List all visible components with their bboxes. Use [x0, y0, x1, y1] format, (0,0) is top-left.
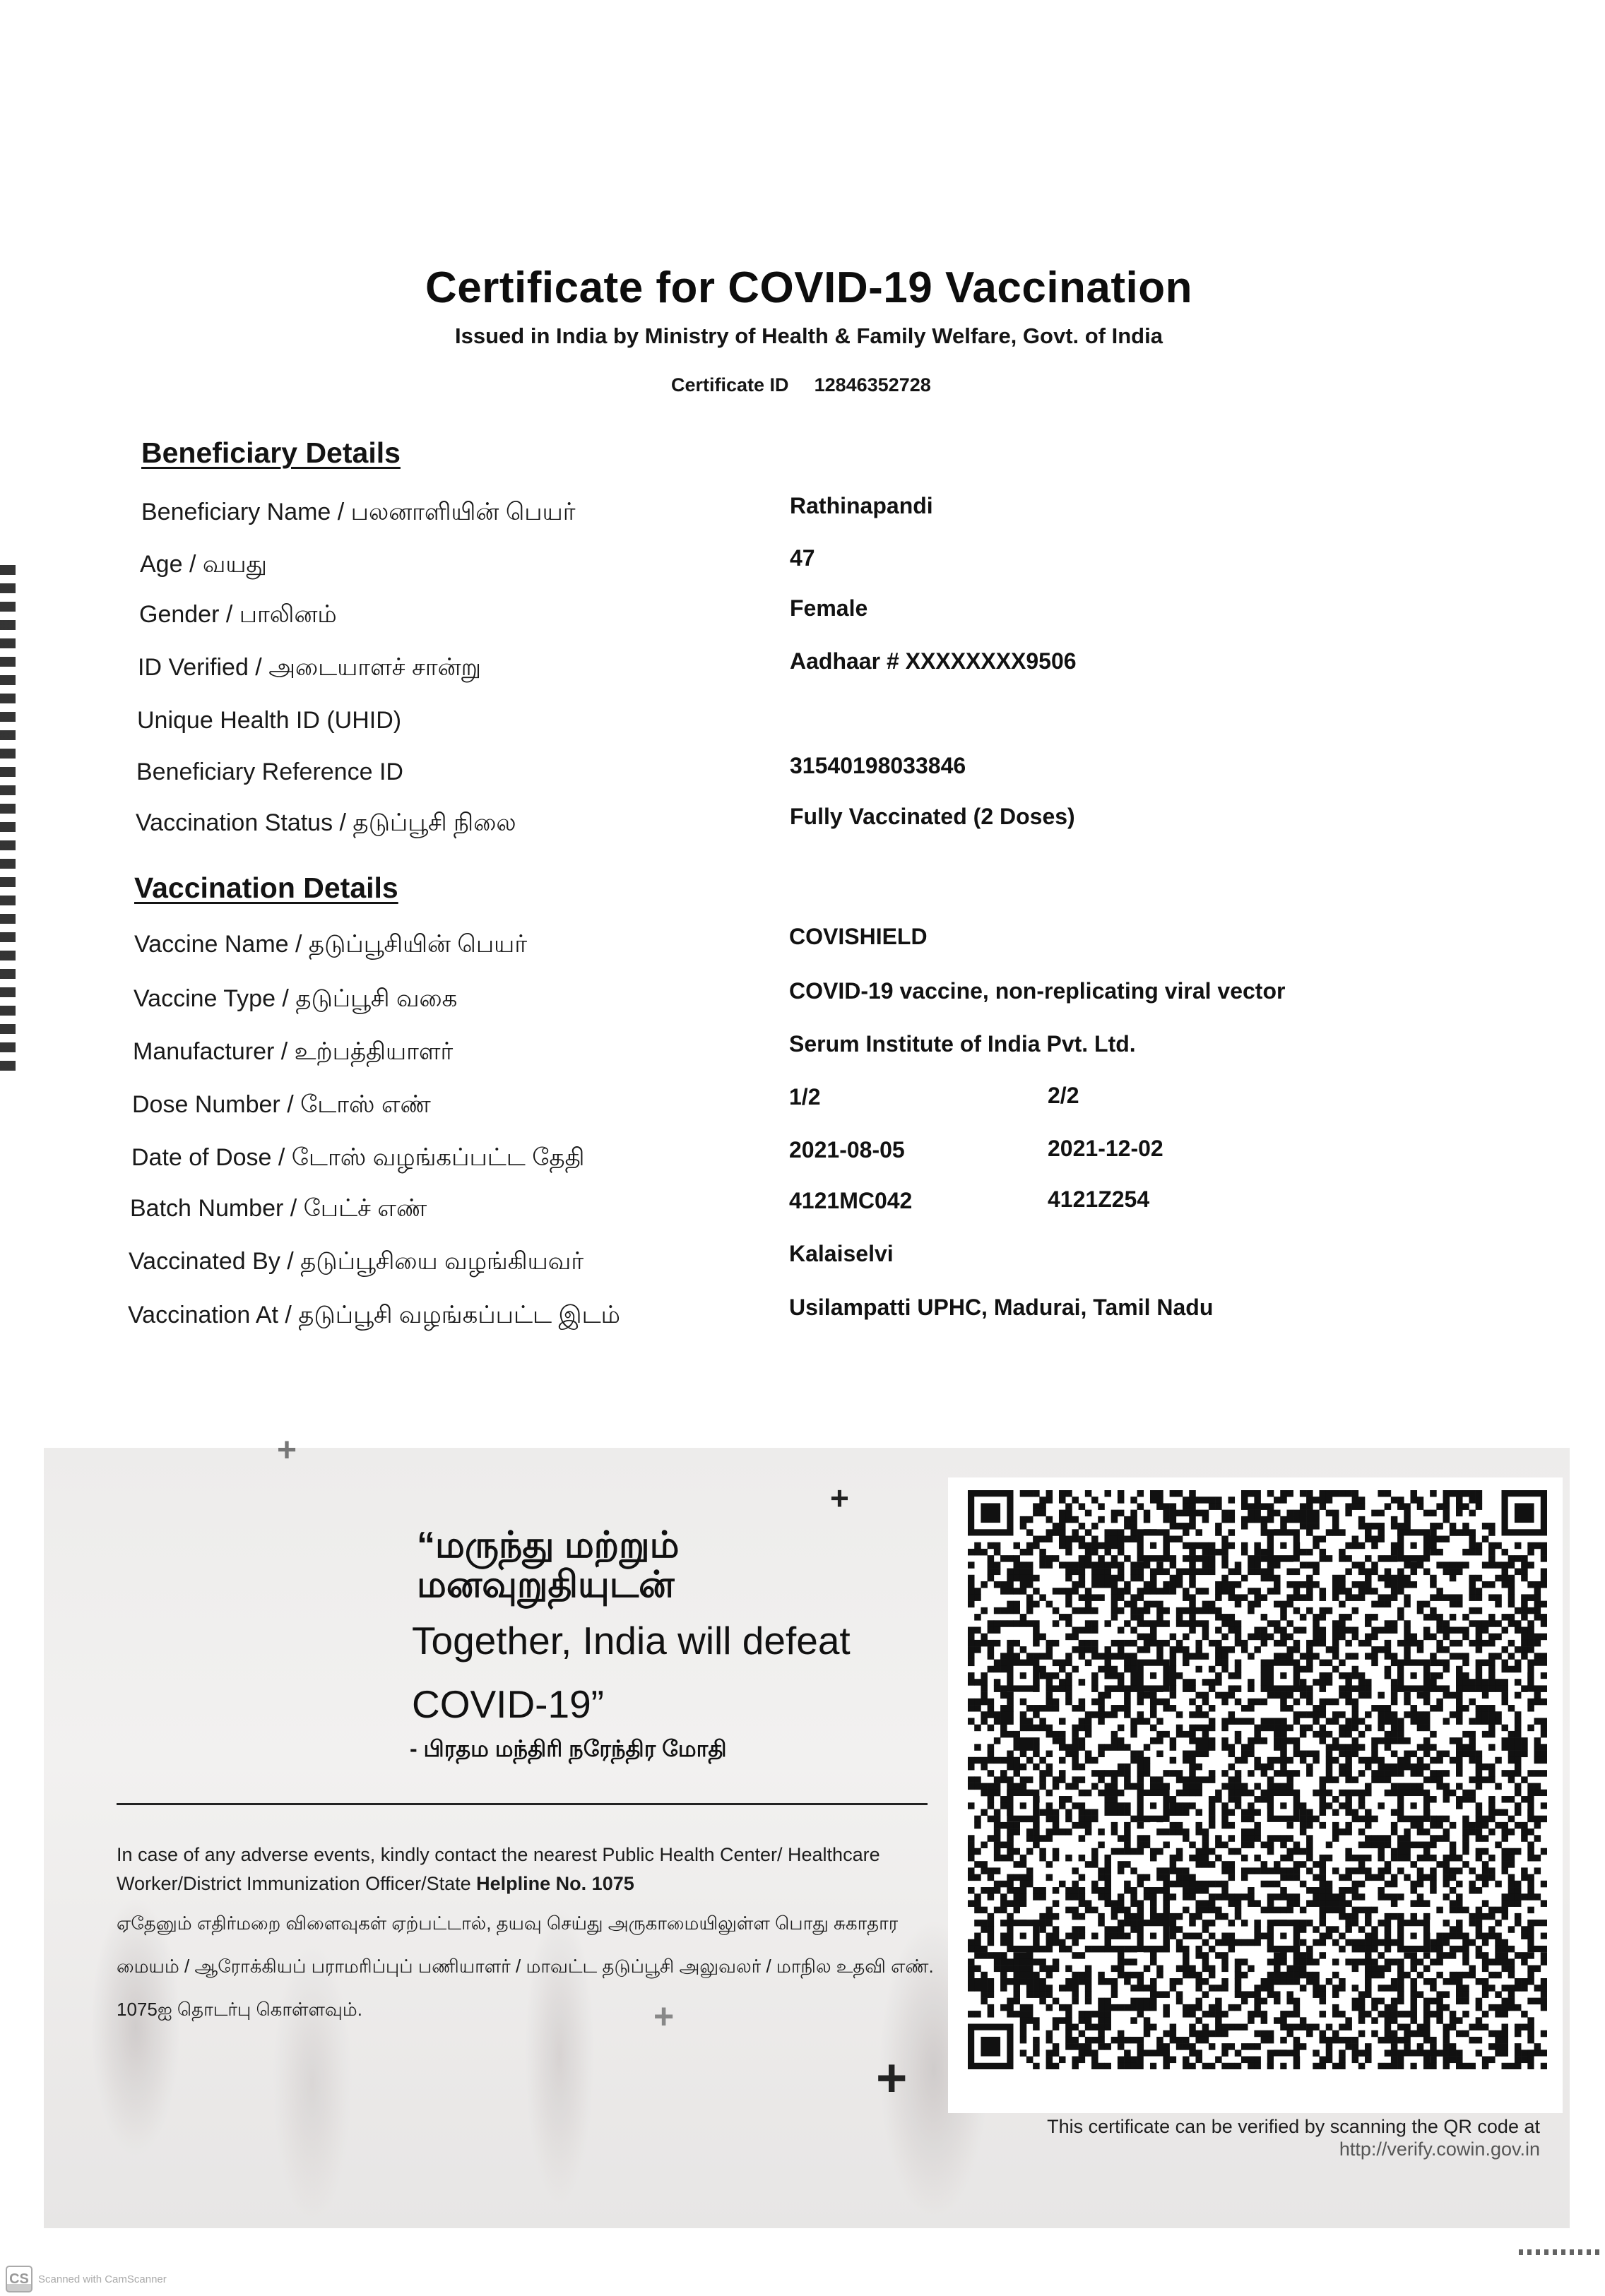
field-label: Age / வயது: [140, 551, 267, 581]
scan-corner-artifact: [1519, 2249, 1604, 2255]
field-label: Unique Health ID (UHID): [137, 707, 401, 734]
field-value: 31540198033846: [790, 753, 966, 779]
qr-code-panel: [948, 1477, 1563, 2113]
field-label: Vaccine Type / தடுப்பூசி வகை: [134, 985, 457, 1016]
camscanner-text: Scanned with CamScanner: [38, 2273, 167, 2285]
adverse-events-english: In case of any adverse events, kindly co…: [117, 1840, 950, 1898]
field-label: Gender / பாலினம்: [139, 601, 337, 631]
field-value: COVISHIELD: [789, 924, 928, 950]
field-value: COVID-19 vaccine, non-replicating viral …: [789, 978, 1285, 1004]
verification-note: This certificate can be verified by scan…: [1003, 2115, 1540, 2160]
quote-tamil-line1: “மருந்து மற்றும்: [417, 1525, 911, 1565]
camscanner-logo-icon: CS: [6, 2266, 32, 2292]
field-value: Kalaiselvi: [789, 1241, 894, 1267]
helpline-number: Helpline No. 1075: [476, 1873, 634, 1894]
plus-icon: +: [830, 1482, 849, 1514]
field-label: Manufacturer / உற்பத்தியாளர்: [133, 1038, 453, 1069]
field-value: Serum Institute of India Pvt. Ltd.: [789, 1031, 1136, 1057]
camscanner-watermark: CS Scanned with CamScanner: [6, 2266, 167, 2292]
vaccination-details-heading: Vaccination Details: [134, 872, 398, 905]
scan-edge-artifact: [0, 565, 16, 1073]
beneficiary-details-heading: Beneficiary Details: [141, 436, 401, 470]
field-label: Vaccination At / தடுப்பூசி வழங்கப்பட்ட இ…: [128, 1302, 620, 1332]
certificate-id-value: 12846352728: [815, 374, 931, 395]
verification-url[interactable]: http://verify.cowin.gov.in: [1003, 2138, 1540, 2160]
field-value: 47: [790, 545, 815, 571]
field-value: Usilampatti UPHC, Madurai, Tamil Nadu: [789, 1295, 1213, 1321]
qr-code-icon: [968, 1490, 1547, 2069]
field-label: Batch Number / பேட்ச் எண்: [130, 1195, 427, 1225]
field-label: Date of Dose / டோஸ் வழங்கப்பட்ட தேதி: [131, 1144, 584, 1174]
issuer-subtitle: Issued in India by Ministry of Health & …: [0, 323, 1605, 349]
field-label: Beneficiary Name / பலனாளியின் பெயர்: [141, 499, 576, 529]
certificate-id-label: Certificate ID: [671, 374, 789, 395]
field-value: Fully Vaccinated (2 Doses): [790, 804, 1075, 830]
dose1-value: 1/2: [789, 1084, 820, 1110]
field-label: Beneficiary Reference ID: [136, 759, 403, 786]
field-label: Vaccination Status / தடுப்பூசி நிலை: [136, 809, 516, 840]
certificate-title: Certificate for COVID-19 Vaccination: [0, 263, 1605, 313]
quote-tamil: “மருந்து மற்றும் மனவுறுதியுடன்: [417, 1525, 911, 1605]
dose1-value: 2021-08-05: [789, 1137, 905, 1163]
dose1-value: 4121MC042: [789, 1188, 912, 1214]
dose2-value: 2021-12-02: [1048, 1136, 1163, 1162]
field-value: Female: [790, 595, 867, 621]
dose2-value: 4121Z254: [1048, 1186, 1149, 1213]
plus-icon: +: [277, 1434, 297, 1468]
adverse-events-tamil: ஏதேனும் எதிர்மறை விளைவுகள் ஏற்பட்டால், த…: [117, 1902, 950, 2031]
field-label: ID Verified / அடையாளச் சான்று: [138, 654, 481, 684]
certificate-id: Certificate ID12846352728: [671, 374, 931, 396]
plus-icon: +: [876, 2052, 907, 2105]
field-label: Vaccinated By / தடுப்பூசியை வழங்கியவர்: [129, 1248, 584, 1278]
verification-text: This certificate can be verified by scan…: [1003, 2115, 1540, 2138]
quote-english: Together, India will defeat COVID-19”: [412, 1609, 949, 1736]
field-value: Rathinapandi: [790, 493, 933, 519]
divider: [117, 1803, 928, 1805]
field-value: Aadhaar # XXXXXXXX9506: [790, 648, 1077, 674]
field-label: Dose Number / டோஸ் எண்: [132, 1091, 431, 1122]
quote-tamil-line2: மனவுறுதியுடன்: [417, 1565, 911, 1605]
quote-attribution: - பிரதம மந்திரி நரேந்திர மோதி: [410, 1736, 727, 1765]
field-label: Vaccine Name / தடுப்பூசியின் பெயர்: [134, 931, 527, 961]
dose2-value: 2/2: [1048, 1083, 1079, 1109]
